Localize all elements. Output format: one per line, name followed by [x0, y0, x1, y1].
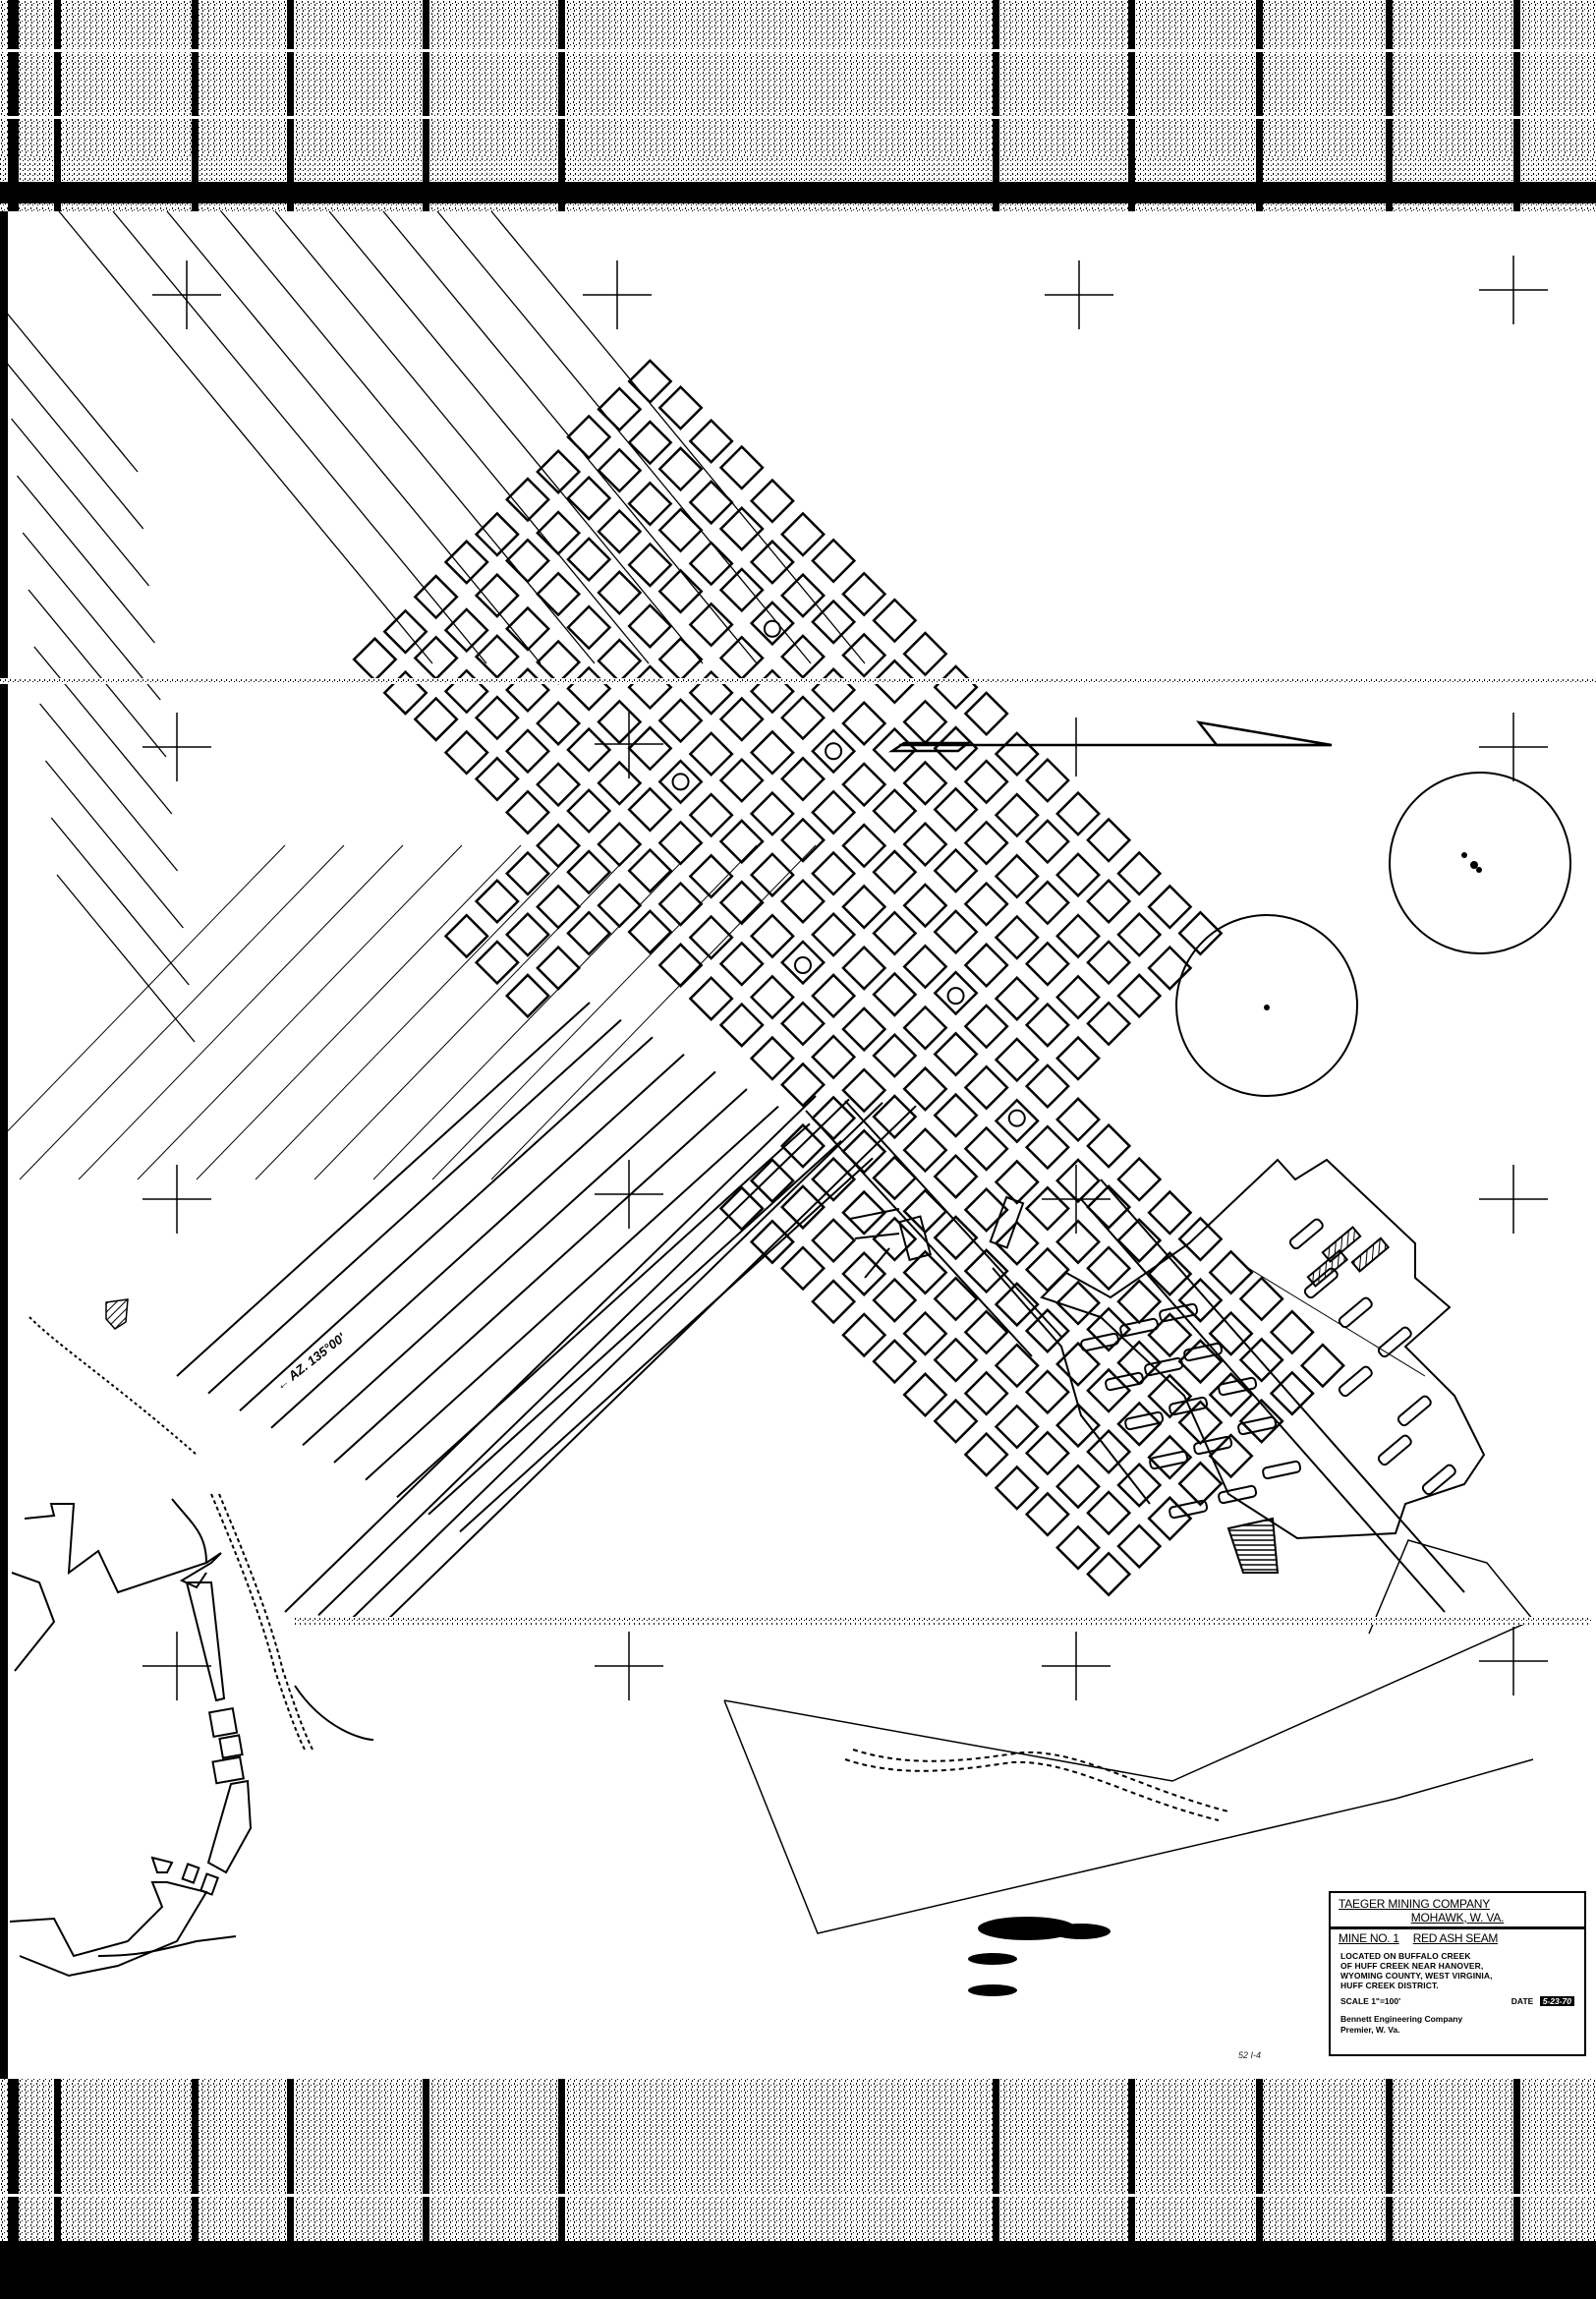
date-value: 5-23-70 — [1540, 1996, 1574, 2006]
survey-lines-nw — [0, 211, 865, 1179]
date-label: DATE — [1511, 1996, 1534, 2006]
mine-row: MINE NO. 1 RED ASH SEAM — [1331, 1926, 1584, 1947]
se-panel-workings — [1042, 1160, 1484, 1573]
desc-line: LOCATED ON BUFFALO CREEK — [1340, 1951, 1574, 1961]
creek-and-town-sw — [10, 1317, 373, 1976]
bottom-scan-border — [0, 2079, 1596, 2299]
survey-traverse — [724, 1540, 1533, 1933]
circle-marker-2 — [1176, 915, 1357, 1096]
top-scan-border — [0, 0, 1596, 211]
registration-marks — [142, 256, 1548, 1700]
mine-number: MINE NO. 1 — [1339, 1931, 1399, 1945]
company-name: TAEGER MINING COMPANY — [1331, 1893, 1584, 1911]
desc-line: OF HUFF CREEK NEAR HANOVER, — [1340, 1961, 1574, 1971]
desc-line: HUFF CREEK DISTRICT. — [1340, 1981, 1574, 1990]
circle-marker-1 — [1390, 773, 1570, 953]
scale-date-row: SCALE 1"=100' DATE 5-23-70 — [1331, 1990, 1584, 2006]
scale: SCALE 1"=100' — [1340, 1996, 1400, 2006]
date: DATE 5-23-70 — [1511, 1996, 1574, 2006]
left-scan-edge — [0, 211, 8, 2079]
seam-name: RED ASH SEAM — [1413, 1931, 1498, 1945]
scale-value: 1"=100' — [1371, 1996, 1400, 2006]
scale-label: SCALE — [1340, 1996, 1369, 2006]
shield-symbol-icon — [106, 1299, 128, 1329]
sheet-note: 52 I-4 — [1238, 2050, 1261, 2060]
main-entry-workings — [256, 355, 1502, 1600]
engineer-location: Premier, W. Va. — [1340, 2025, 1574, 2036]
engineer-info: Bennett Engineering Company Premier, W. … — [1331, 2006, 1584, 2036]
company-location: MOHAWK, W. VA. — [1331, 1911, 1584, 1926]
location-description: LOCATED ON BUFFALO CREEK OF HUFF CREEK N… — [1331, 1947, 1584, 1990]
engineer-name: Bennett Engineering Company — [1340, 2014, 1574, 2025]
bearing-label: ← AZ. 135°00' — [273, 1330, 349, 1394]
scan-smudges — [0, 678, 1596, 1996]
parallel-entry-lines — [177, 1003, 916, 1622]
desc-line: WYOMING COUNTY, WEST VIRGINIA, — [1340, 1971, 1574, 1981]
title-block: TAEGER MINING COMPANY MOHAWK, W. VA. MIN… — [1329, 1891, 1586, 2056]
